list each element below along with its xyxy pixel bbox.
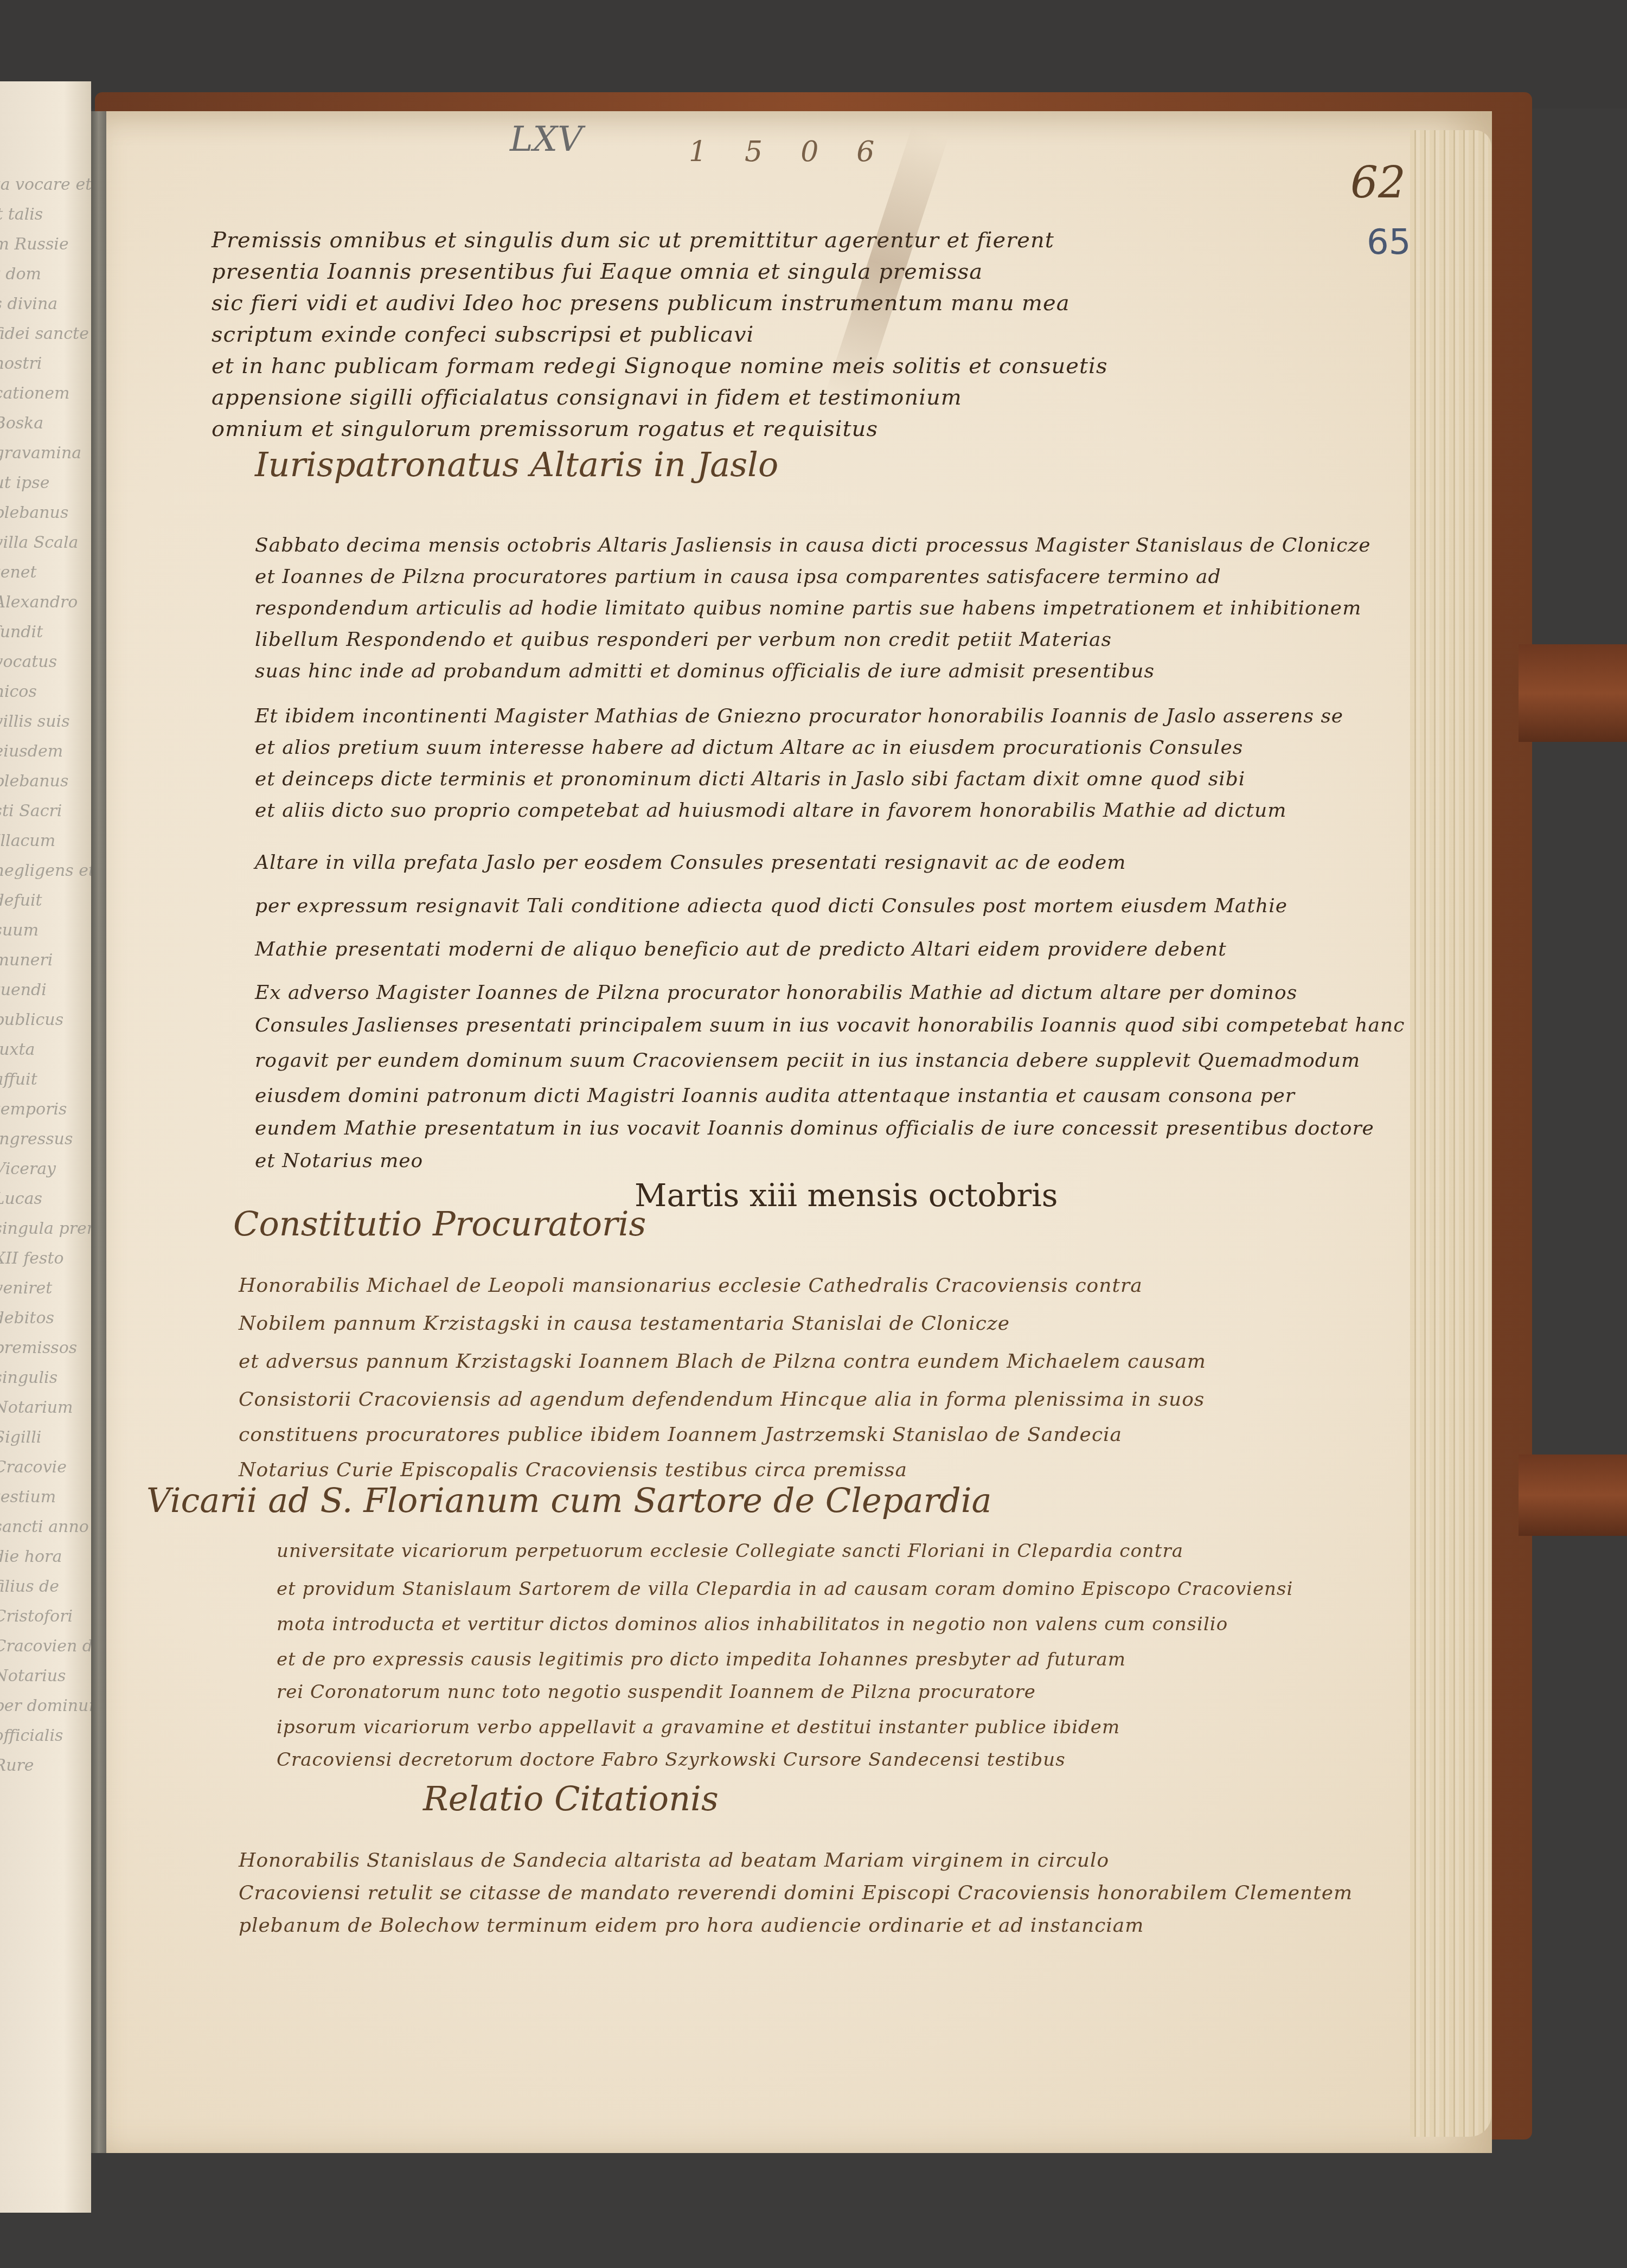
- text-line: Honorabilis Michael de Leopoli mansionar…: [239, 1274, 1143, 1297]
- verso-text-fragment: ...Alexandro: [0, 591, 78, 614]
- text-line: Et ibidem incontinenti Magister Mathias …: [255, 705, 1343, 727]
- text-line: eiusdem domini patronum dicti Magistri I…: [255, 1085, 1295, 1107]
- section-heading: Constitutio Procuratoris: [233, 1204, 646, 1244]
- text-line: Notarius Curie Episcopalis Cracoviensis …: [239, 1459, 907, 1481]
- text-line: et alios pretium suum interesse habere a…: [255, 736, 1243, 759]
- binding-strap-lower: [1519, 1455, 1627, 1536]
- verso-text-fragment: ...negligens et: [0, 860, 95, 882]
- verso-text-fragment: ...Sigilli: [0, 1426, 41, 1449]
- verso-text-fragment: ...t dom: [0, 263, 41, 286]
- verso-text-fragment: ...cationem: [0, 382, 70, 405]
- folio-number-ink: 62: [1350, 157, 1406, 208]
- verso-text-fragment: ...officialis: [0, 1725, 63, 1747]
- verso-text-fragment: ...s divina: [0, 293, 57, 316]
- verso-text-fragment: ...sti Sacri: [0, 800, 62, 823]
- verso-text-fragment: ...m Russie: [0, 233, 69, 256]
- verso-text-fragment: ...filius de: [0, 1575, 59, 1598]
- verso-text-fragment: ...publicus: [0, 1009, 63, 1032]
- text-line: Altare in villa prefata Jaslo per eosdem…: [255, 851, 1126, 874]
- verso-text-fragment: ...fundit: [0, 621, 43, 644]
- text-line: per expressum resignavit Tali conditione…: [255, 895, 1287, 917]
- verso-text-fragment: ...Notarium: [0, 1396, 73, 1419]
- text-line: Mathie presentati moderni de aliquo bene…: [255, 938, 1227, 960]
- text-line: et adversus pannum Krzistagski Ioannem B…: [239, 1350, 1206, 1373]
- text-line: appensione sigilli officialatus consigna…: [212, 385, 962, 410]
- verso-text-fragment: ...testium: [0, 1486, 56, 1509]
- verso-text-fragment: ...suum: [0, 919, 39, 942]
- verso-text-fragment: ...ingressus: [0, 1128, 73, 1151]
- folio-number-pencil: 65: [1367, 222, 1411, 262]
- text-line: et deinceps dicte terminis et pronominum…: [255, 768, 1245, 790]
- verso-text-fragment: ...Viceray: [0, 1158, 56, 1181]
- verso-text-fragment: ...muneri: [0, 949, 53, 972]
- verso-text-fragment: ...tenet: [0, 561, 37, 584]
- text-line: rei Coronatorum nunc toto negotio suspen…: [277, 1681, 1036, 1703]
- text-line: et Notarius meo: [255, 1150, 423, 1172]
- text-line: constituens procuratores publice ibidem …: [239, 1424, 1122, 1446]
- text-line: libellum Respondendo et quibus responder…: [255, 629, 1112, 651]
- text-line: rogavit per eundem dominum suum Cracovie…: [255, 1049, 1360, 1072]
- text-line: omnium et singulorum premissorum rogatus…: [212, 417, 878, 441]
- text-line: respondendum articulis ad hodie limitato…: [255, 597, 1361, 619]
- verso-text-fragment: ...Rure: [0, 1754, 34, 1777]
- text-line: Consules Jaslienses presentati principal…: [255, 1014, 1405, 1036]
- verso-text-fragment: ...debitos: [0, 1307, 54, 1330]
- verso-text-fragment: ...fidei sancte: [0, 323, 89, 345]
- verso-text-fragment: ...sancti anno: [0, 1516, 89, 1539]
- text-line: sic fieri vidi et audivi Ideo hoc presen…: [212, 291, 1070, 316]
- text-line: et aliis dicto suo proprio competebat ad…: [255, 799, 1286, 822]
- verso-text-fragment: ...singulis: [0, 1367, 57, 1389]
- verso-text-fragment: ...temporis: [0, 1098, 67, 1121]
- verso-text-fragment: ...iuxta: [0, 1039, 35, 1061]
- text-line: suas hinc inde ad probandum admitti et d…: [255, 660, 1155, 682]
- text-line: et providum Stanislaum Sartorem de villa…: [277, 1578, 1293, 1600]
- year-annotation: 1506: [689, 136, 912, 168]
- verso-text-fragment: ...Boska: [0, 412, 43, 435]
- verso-text-fragment: ...nicos: [0, 681, 37, 703]
- text-line: presentia Ioannis presentibus fui Eaque …: [212, 259, 983, 284]
- text-line: Ex adverso Magister Ioannes de Pilzna pr…: [255, 982, 1297, 1004]
- gutter-shadow: [91, 111, 106, 2153]
- text-line: Cracoviensi retulit se citasse de mandat…: [239, 1882, 1353, 1904]
- text-line: ipsorum vicariorum verbo appellavit a gr…: [277, 1716, 1120, 1738]
- section-heading: Iurispatronatus Altaris in Jaslo: [255, 445, 778, 484]
- section-heading: Vicarii ad S. Florianum cum Sartore de C…: [146, 1481, 992, 1520]
- text-line: Cracoviensi decretorum doctore Fabro Szy…: [277, 1749, 1066, 1771]
- verso-text-fragment: ...gravamina: [0, 442, 81, 465]
- text-line: Consistorii Cracoviensis ad agendum defe…: [239, 1388, 1205, 1411]
- text-line: universitate vicariorum perpetuorum eccl…: [277, 1540, 1183, 1562]
- verso-text-fragment: ...plebanus: [0, 502, 68, 524]
- page-block-edges: [1410, 130, 1491, 2137]
- text-line: et in hanc publicam formam redegi Signoq…: [212, 354, 1107, 379]
- verso-text-fragment: ...affuit: [0, 1068, 37, 1091]
- verso-text-fragment: est talis: [0, 203, 43, 226]
- text-line: Nobilem pannum Krzistagski in causa test…: [239, 1312, 1010, 1335]
- verso-text-fragment: ...Notarius: [0, 1665, 66, 1688]
- verso-text-fragment: ...plebanus: [0, 770, 68, 793]
- text-line: mota introducta et vertitur dictos domin…: [277, 1613, 1228, 1635]
- binding-strap-upper: [1519, 644, 1627, 742]
- verso-text-fragment: ...villis suis: [0, 710, 70, 733]
- text-line: et Ioannes de Pilzna procuratores partiu…: [255, 566, 1221, 588]
- text-line: scriptum exinde confeci subscripsi et pu…: [212, 322, 754, 347]
- verso-text-fragment: ...vocatus: [0, 651, 57, 674]
- verso-text-fragment: ...villa Scala: [0, 531, 78, 554]
- text-line: Premissis omnibus et singulis dum sic ut…: [212, 228, 1054, 253]
- verso-page-edge: ...ta vocare et rogareest talis...m Russ…: [0, 81, 91, 2213]
- text-line: et de pro expressis causis legitimis pro…: [277, 1649, 1126, 1670]
- text-line: Honorabilis Stanislaus de Sandecia altar…: [239, 1849, 1109, 1872]
- verso-text-fragment: ...Illacum: [0, 830, 55, 853]
- section-heading: Relatio Citationis: [423, 1779, 719, 1818]
- verso-text-fragment: ...eiusdem: [0, 740, 63, 763]
- verso-text-fragment: ...ut ipse: [0, 472, 49, 495]
- verso-text-fragment: ...XII festo: [0, 1247, 64, 1270]
- folio-roman-numeral: LXV: [510, 119, 582, 159]
- verso-text-fragment: ...defuit: [0, 889, 42, 912]
- text-line: eundem Mathie presentatum in ius vocavit…: [255, 1117, 1374, 1139]
- date-heading: Martis xiii mensis octobris: [635, 1177, 1058, 1214]
- text-line: Sabbato decima mensis octobris Altaris J…: [255, 534, 1371, 556]
- verso-text-fragment: ...nostri: [0, 353, 42, 375]
- verso-text-fragment: ...Lucas: [0, 1188, 42, 1210]
- verso-text-fragment: ...premissos: [0, 1337, 77, 1360]
- verso-text-fragment: ...tuendi: [0, 979, 47, 1002]
- verso-text-fragment: ...die hora: [0, 1546, 62, 1568]
- verso-text-fragment: ...per dominum: [0, 1695, 104, 1718]
- verso-text-fragment: ...Cracovie: [0, 1456, 67, 1479]
- verso-text-fragment: ...veniret: [0, 1277, 52, 1300]
- verso-text-fragment: ...Cristofori: [0, 1605, 73, 1628]
- text-line: plebanum de Bolechow terminum eidem pro …: [239, 1914, 1144, 1937]
